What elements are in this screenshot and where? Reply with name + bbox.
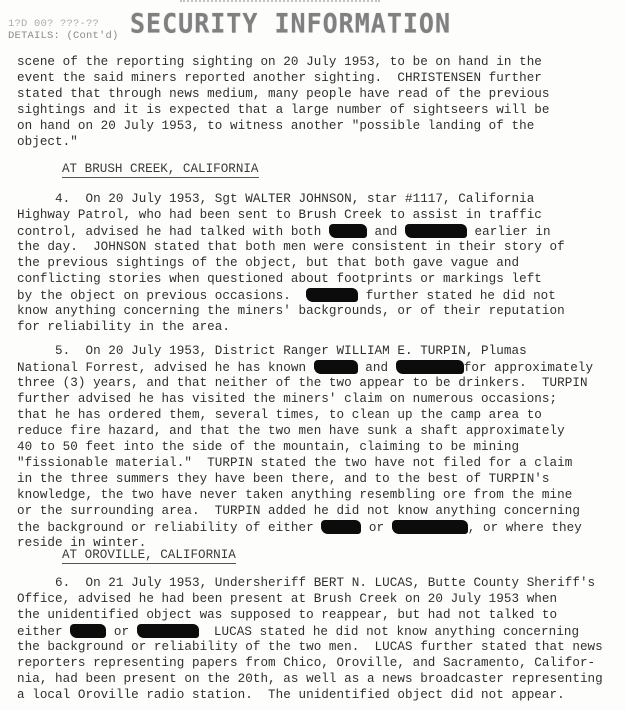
text-line: nia, had been present on the 20th, as we…	[17, 672, 603, 687]
text-line: event the said miners reported another s…	[17, 71, 542, 86]
stamp-residue	[180, 0, 380, 8]
text-segment: by the object on previous occasions.	[17, 289, 306, 303]
text-line: 40 to 50 feet into the side of the mount…	[17, 440, 519, 455]
text-segment: earlier in	[467, 225, 551, 239]
text-line: knowledge, the two have never taken anyt…	[17, 488, 572, 503]
redaction-block	[314, 360, 358, 374]
redaction-block	[396, 360, 464, 374]
text-line: 5. On 20 July 1953, District Ranger WILL…	[17, 344, 527, 359]
text-line: "fissionable material." TURPIN stated th…	[17, 456, 572, 471]
text-line: control, advised he had talked with both…	[17, 224, 551, 240]
text-segment: the background or reliability of either	[17, 521, 321, 535]
text-segment: National Forrest, advised he has known	[17, 361, 314, 375]
classification-stamp: SECURITY INFORMATION	[130, 8, 451, 38]
text-line: for reliability in the area.	[17, 320, 230, 335]
text-segment: either	[17, 625, 70, 639]
section-heading-oroville: AT OROVILLE, CALIFORNIA	[62, 548, 236, 564]
text-line: conflicting stories when questioned abou…	[17, 272, 542, 287]
text-line: object."	[17, 135, 78, 150]
file-number: 1?D 00? ???-??	[8, 18, 119, 30]
text-segment: and	[367, 225, 405, 239]
text-line: reporters representing papers from Chico…	[17, 656, 595, 671]
text-line: National Forrest, advised he has known a…	[17, 360, 593, 376]
text-segment: and	[358, 361, 396, 375]
redaction-block	[392, 520, 468, 534]
text-line: the previous sightings of the object, bu…	[17, 256, 519, 271]
header-file-info: 1?D 00? ???-?? DETAILS: (Cont'd)	[8, 18, 119, 42]
redaction-block	[329, 224, 367, 238]
text-segment: further stated he did not	[358, 289, 556, 303]
document-page: 1?D 00? ???-?? DETAILS: (Cont'd) SECURIT…	[0, 0, 626, 710]
text-line: on hand on 20 July 1953, to witness anot…	[17, 119, 534, 134]
text-line: Highway Patrol, who had been sent to Bru…	[17, 208, 542, 223]
text-segment: LUCAS stated he did not know anything co…	[199, 625, 579, 639]
redaction-block	[70, 624, 106, 638]
text-line: three (3) years, and that neither of the…	[17, 376, 588, 391]
text-line: reduce fire hazard, and that the two men…	[17, 424, 565, 439]
text-line: 6. On 21 July 1953, Undersheriff BERT N.…	[17, 576, 595, 591]
redaction-block	[321, 520, 361, 534]
redaction-block	[306, 288, 358, 302]
text-line: the background or reliability of the two…	[17, 640, 603, 655]
details-label: DETAILS: (Cont'd)	[8, 30, 119, 42]
redaction-block	[137, 624, 199, 638]
text-segment: control, advised he had talked with both	[17, 225, 329, 239]
text-line: a local Oroville radio station. The unid…	[17, 688, 565, 703]
text-line: in the three summers they have been ther…	[17, 472, 550, 487]
text-line: Office, advised he had been present at B…	[17, 592, 557, 607]
text-line: the day. JOHNSON stated that both men we…	[17, 240, 565, 255]
text-line: know anything concerning the miners' bac…	[17, 304, 565, 319]
text-line: stated that through news medium, many pe…	[17, 87, 550, 102]
section-heading-brush-creek: AT BRUSH CREEK, CALIFORNIA	[62, 162, 259, 178]
text-line: by the object on previous occasions. fur…	[17, 288, 556, 304]
text-line: 4. On 20 July 1953, Sgt WALTER JOHNSON, …	[17, 192, 534, 207]
redaction-block	[405, 224, 467, 238]
text-line: the background or reliability of either …	[17, 520, 582, 536]
text-segment: or	[361, 521, 391, 535]
text-line: that he has ordered them, several times,…	[17, 408, 542, 423]
text-line: scene of the reporting sighting on 20 Ju…	[17, 55, 542, 70]
text-line: the unidentified object was supposed to …	[17, 608, 557, 623]
text-segment: for approximately	[464, 361, 593, 375]
text-line: or the surrounding area. TURPIN added he…	[17, 504, 580, 519]
text-segment: , or where they	[468, 521, 582, 535]
text-line: either or LUCAS stated he did not know a…	[17, 624, 579, 640]
text-line: sightings and it is expected that a larg…	[17, 103, 550, 118]
text-segment: or	[106, 625, 136, 639]
text-line: further advised he has visited the miner…	[17, 392, 557, 407]
